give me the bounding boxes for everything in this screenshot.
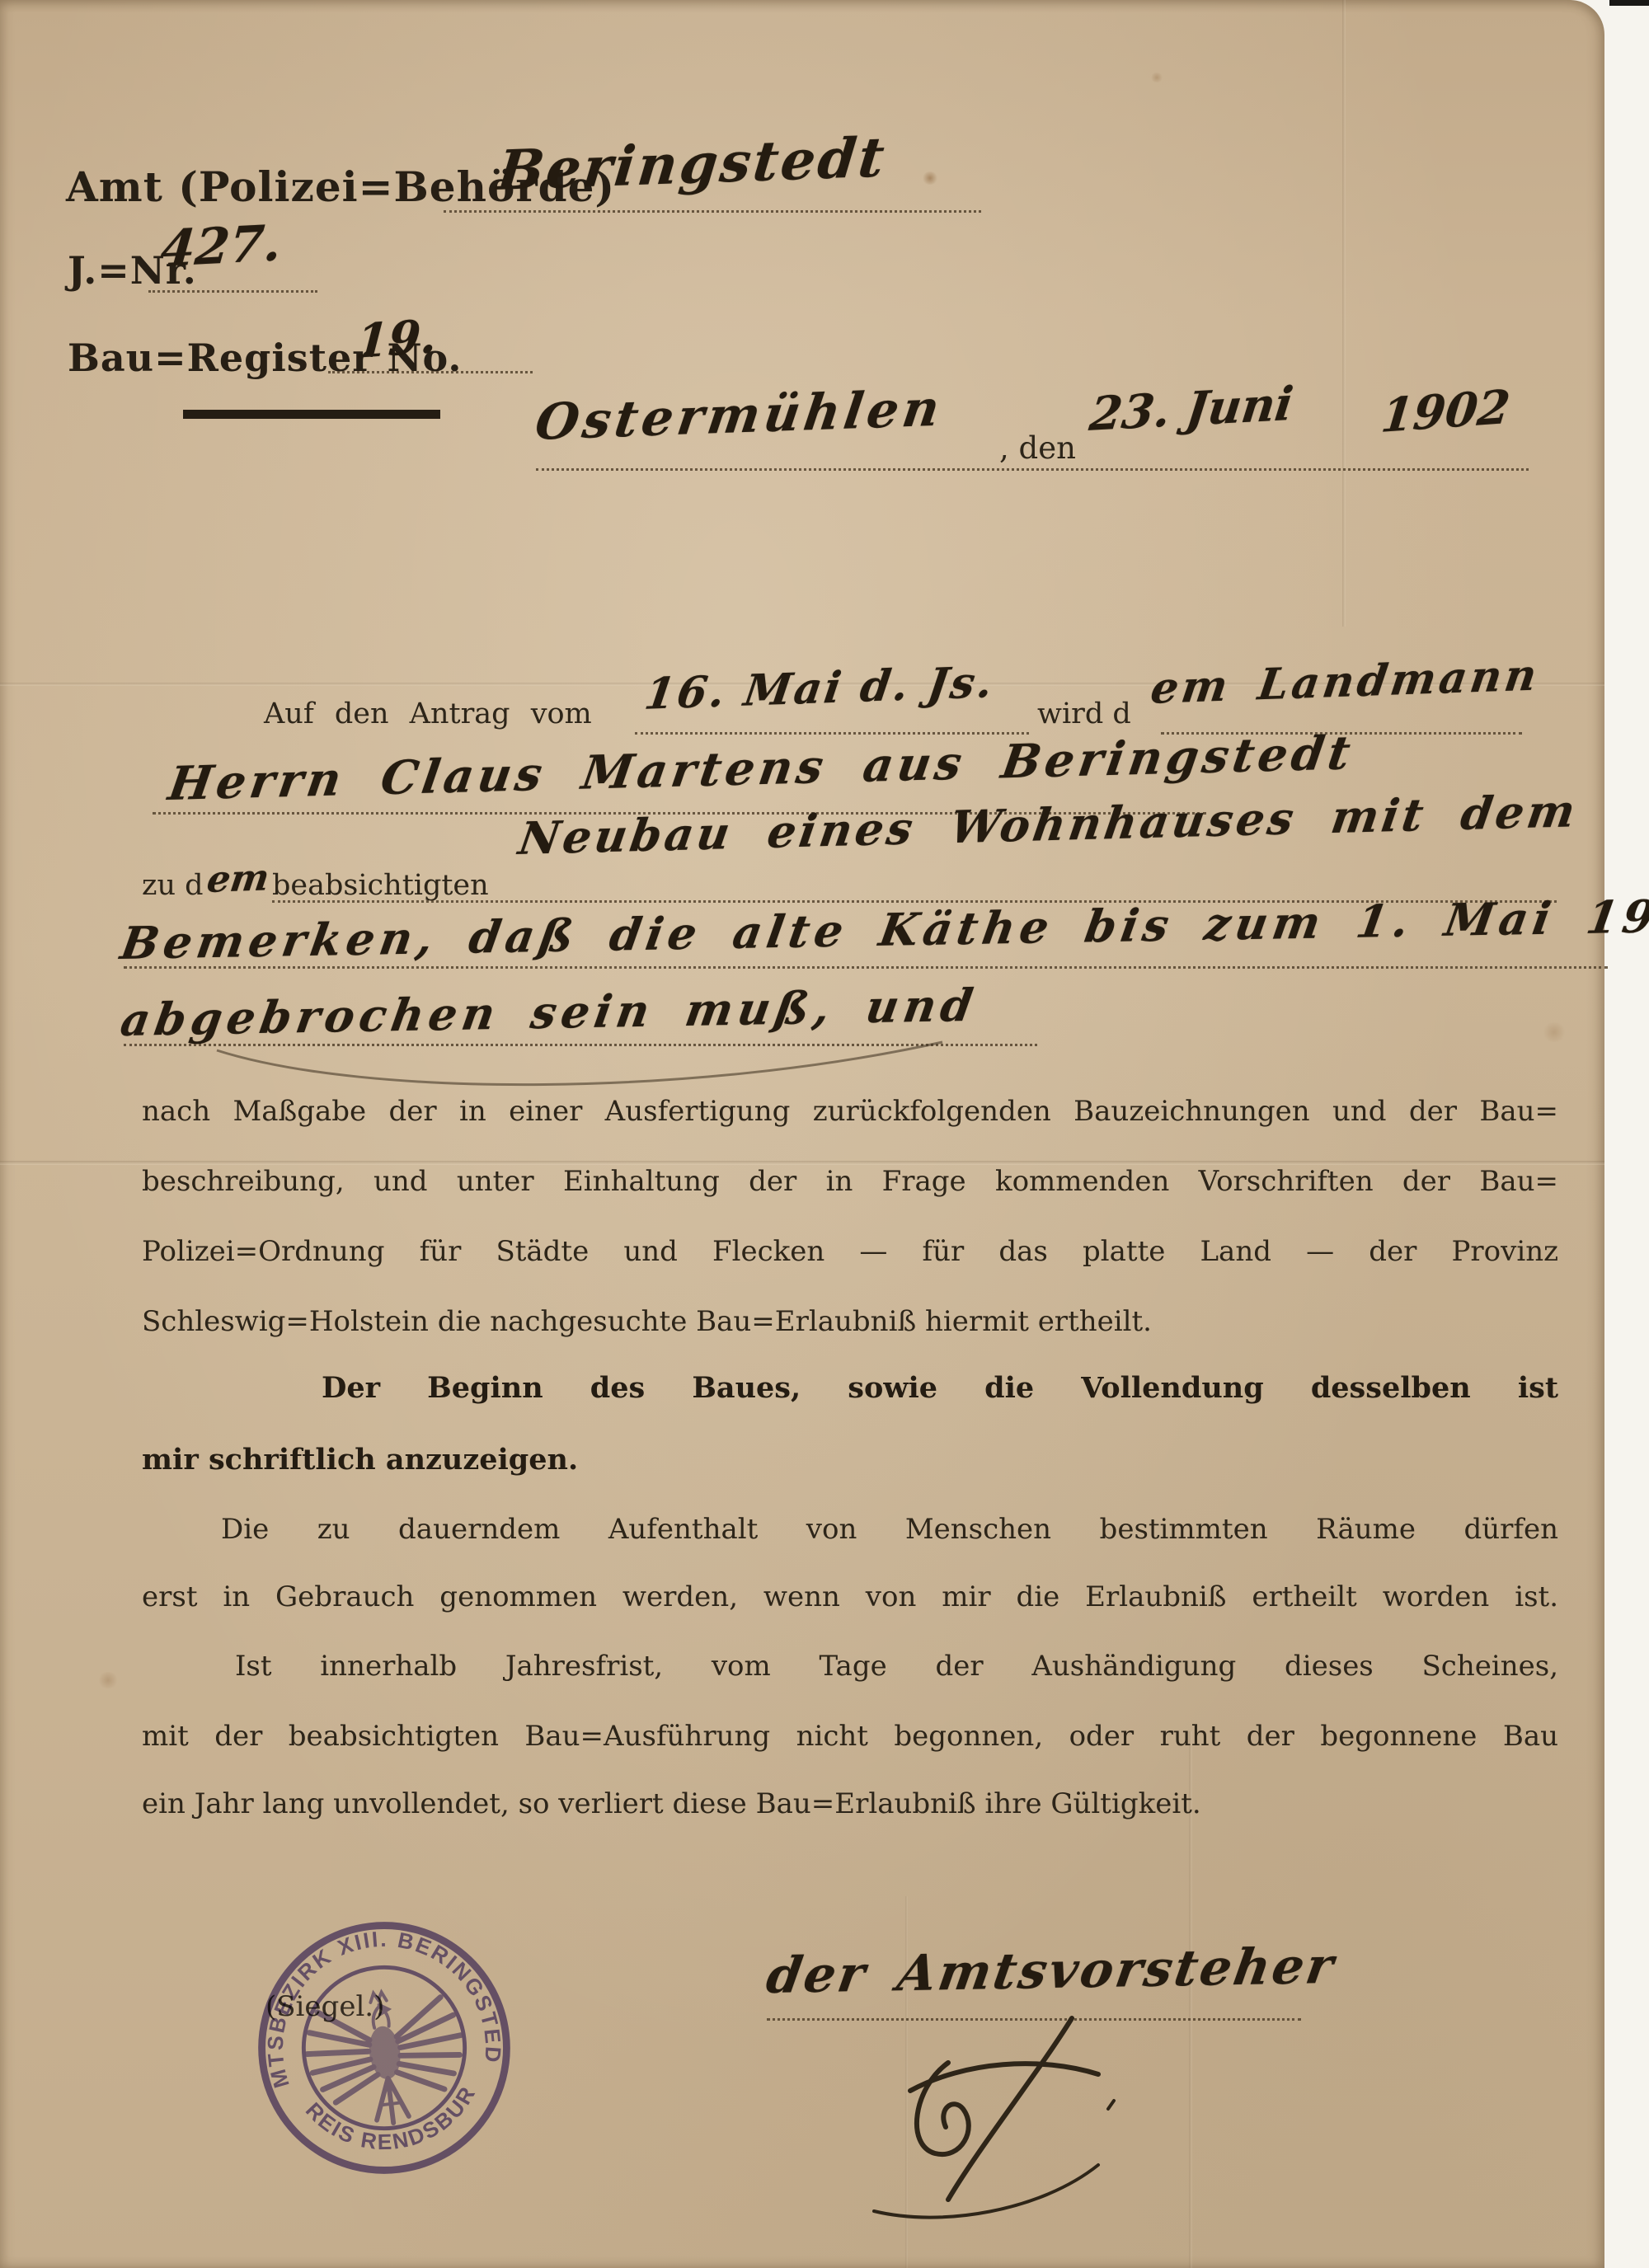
date-prefix-printed: , den bbox=[999, 430, 1076, 467]
year-handwritten: 1902 bbox=[1379, 379, 1512, 444]
scanned-document: Amt (Polizei=Behörde) Beringstedt J.=Nr.… bbox=[0, 0, 1649, 2268]
scanner-top-sliver bbox=[1609, 0, 1649, 6]
paragraph1-line: Polizei=Ordnung für Städte und Flecken —… bbox=[142, 1235, 1558, 1269]
dotted-line bbox=[635, 732, 1029, 735]
paragraph3-line: erst in Gebrauch genommen werden, wenn v… bbox=[142, 1580, 1558, 1614]
svg-text:✱ KREIS RENDSBURG ✱: ✱ KREIS RENDSBURG ✱ bbox=[219, 1881, 487, 2172]
paragraph3-line: Die zu dauerndem Aufenthalt von Menschen… bbox=[221, 1513, 1558, 1547]
dotted-line bbox=[148, 290, 317, 293]
journal-value-handwritten: 427. bbox=[158, 214, 284, 279]
dotted-line bbox=[328, 371, 533, 373]
office-value-handwritten: Beringstedt bbox=[495, 124, 890, 203]
paragraph4-line: mit der beabsichtigten Bau=Ausführung ni… bbox=[142, 1720, 1558, 1754]
paragraph1-line: nach Maßgabe der in einer Ausfertigung z… bbox=[142, 1095, 1558, 1129]
dotted-line bbox=[536, 468, 1529, 471]
scanner-strip bbox=[1604, 0, 1649, 2268]
date-handwritten: 23. Juni bbox=[1087, 377, 1296, 442]
register-value-handwritten: 19. bbox=[355, 309, 439, 369]
antrag-printed: Auf den Antrag vom bbox=[264, 697, 592, 731]
paragraph4-line: ein Jahr lang unvollendet, so verliert d… bbox=[142, 1787, 1558, 1821]
wird-printed: wird d bbox=[1037, 697, 1131, 731]
paragraph1-line: Schleswig=Holstein die nachgesuchte Bau=… bbox=[142, 1305, 1558, 1339]
zu-printed: zu d bbox=[142, 868, 204, 903]
beabsichtigt-printed: beabsichtigten bbox=[272, 868, 489, 903]
paragraph2-line-bold: Der Beginn des Baues, sowie die Vollendu… bbox=[322, 1371, 1558, 1406]
signature bbox=[824, 2012, 1154, 2234]
dotted-line bbox=[124, 966, 1608, 969]
stamp-bottom-text: ✱ KREIS RENDSBURG ✱ bbox=[219, 1881, 487, 2172]
dotted-line bbox=[444, 210, 981, 213]
paragraph2-line-bold: mir schriftlich anzuzeigen. bbox=[142, 1443, 1558, 1477]
paragraph1-line: beschreibung, und unter Einhaltung der i… bbox=[142, 1165, 1558, 1199]
official-stamp: AMTSBEZIRK XIII. BERINGSTEDT ✱ KREIS REN… bbox=[232, 1895, 537, 2200]
role-handwritten: der Amtsvorsteher bbox=[763, 1937, 1340, 2005]
header-rule bbox=[183, 410, 440, 419]
zu-handwritten: em bbox=[204, 857, 272, 901]
paragraph4-line: Ist innerhalb Jahresfrist, vom Tage der … bbox=[235, 1650, 1558, 1683]
